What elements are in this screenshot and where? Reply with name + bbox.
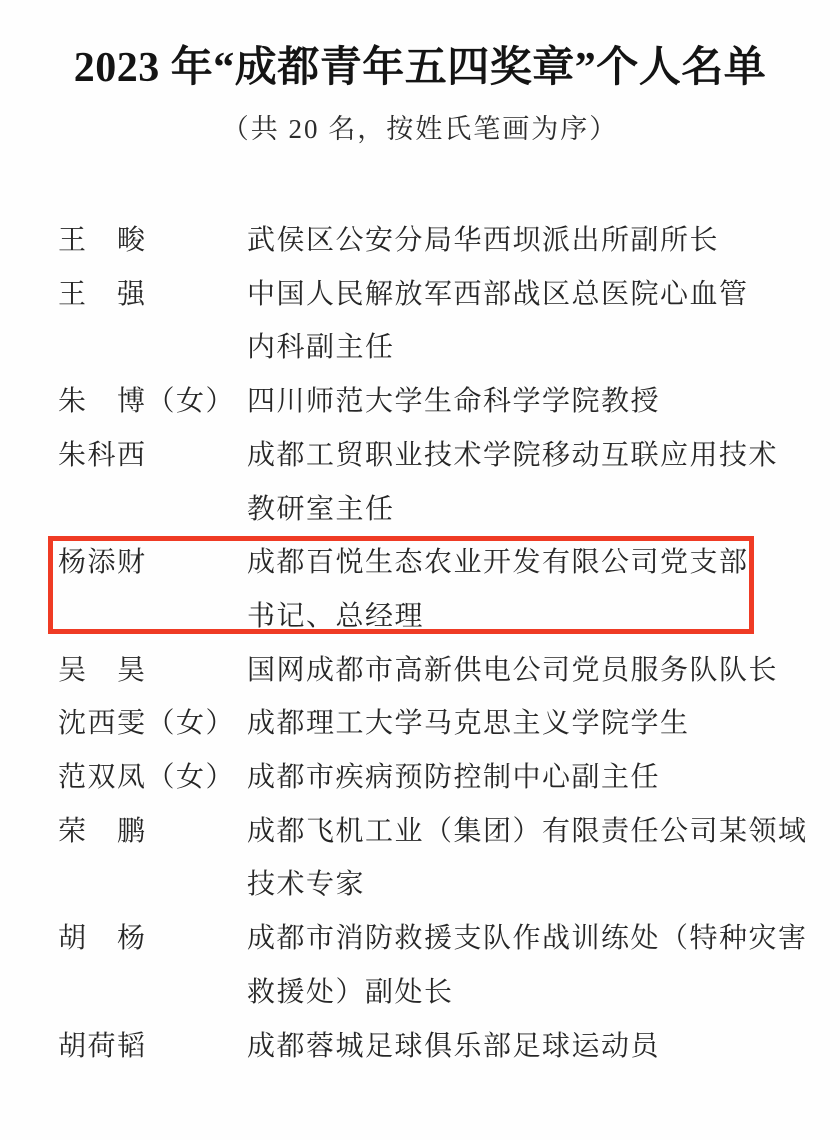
person-name: 王 强 [58,268,247,322]
person-name: 范双凤（女） [58,751,247,805]
person-name: 朱 博（女） [58,375,247,429]
list-item: 朱科西 成都工贸职业技术学院移动互联应用技术教研室主任 [58,429,800,536]
person-position: 成都蓉城足球俱乐部足球运动员 [247,1020,800,1074]
person-position-line: 四川师范大学生命科学学院教授 [247,375,800,429]
person-position: 成都百悦生态农业开发有限公司党支部书记、总经理 [247,536,800,643]
person-position-line: 成都百悦生态农业开发有限公司党支部 [247,536,800,590]
list-item: 荣 鹏 成都飞机工业（集团）有限责任公司某领域技术专家 [58,805,800,912]
person-position-line: 武侯区公安分局华西坝派出所副所长 [247,214,800,268]
list-item: 胡荷韬 成都蓉城足球俱乐部足球运动员 [58,1020,800,1074]
person-position: 武侯区公安分局华西坝派出所副所长 [247,214,800,268]
person-position: 成都飞机工业（集团）有限责任公司某领域技术专家 [247,805,800,912]
list-item: 朱 博（女） 四川师范大学生命科学学院教授 [58,375,800,429]
person-position-line: 成都市疾病预防控制中心副主任 [247,751,800,805]
person-position-line: 教研室主任 [247,483,800,537]
person-position: 成都市疾病预防控制中心副主任 [247,751,800,805]
person-position-line: 救援处）副处长 [247,966,800,1020]
person-position-line: 成都飞机工业（集团）有限责任公司某领域 [247,805,800,859]
person-position-line: 技术专家 [247,858,800,912]
list-item: 吴 昊 国网成都市高新供电公司党员服务队队长 [58,644,800,698]
person-position-line: 中国人民解放军西部战区总医院心血管 [247,268,800,322]
document-page: 2023 年“成都青年五四奖章”个人名单 （共 20 名，按姓氏笔画为序） 王 … [0,0,840,1140]
person-name: 王 畯 [58,214,247,268]
person-name: 杨添财 [58,536,247,590]
person-position-line: 成都工贸职业技术学院移动互联应用技术 [247,429,800,483]
person-position-line: 内科副主任 [247,321,800,375]
list-item: 王 畯 武侯区公安分局华西坝派出所副所长 [58,214,800,268]
person-name: 胡 杨 [58,912,247,966]
list-item: 范双凤（女） 成都市疾病预防控制中心副主任 [58,751,800,805]
person-position: 成都理工大学马克思主义学院学生 [247,697,800,751]
person-position-line: 成都蓉城足球俱乐部足球运动员 [247,1020,800,1074]
list-item: 杨添财 成都百悦生态农业开发有限公司党支部书记、总经理 [58,536,800,643]
award-list: 王 畯 武侯区公安分局华西坝派出所副所长 王 强 中国人民解放军西部战区总医院心… [58,214,800,1073]
person-position: 成都工贸职业技术学院移动互联应用技术教研室主任 [247,429,800,536]
document-title: 2023 年“成都青年五四奖章”个人名单 [0,0,840,94]
person-name: 胡荷韬 [58,1020,247,1074]
person-position: 成都市消防救援支队作战训练处（特种灾害救援处）副处长 [247,912,800,1019]
person-name: 朱科西 [58,429,247,483]
person-position-line: 成都理工大学马克思主义学院学生 [247,697,800,751]
person-position-line: 书记、总经理 [247,590,800,644]
person-position: 四川师范大学生命科学学院教授 [247,375,800,429]
person-position-line: 国网成都市高新供电公司党员服务队队长 [247,644,800,698]
list-item: 王 强 中国人民解放军西部战区总医院心血管内科副主任 [58,268,800,375]
document-subtitle: （共 20 名，按姓氏笔画为序） [0,112,840,146]
person-position: 中国人民解放军西部战区总医院心血管内科副主任 [247,268,800,375]
person-position-line: 成都市消防救援支队作战训练处（特种灾害 [247,912,800,966]
person-name: 吴 昊 [58,644,247,698]
person-name: 沈西雯（女） [58,697,247,751]
list-item: 胡 杨 成都市消防救援支队作战训练处（特种灾害救援处）副处长 [58,912,800,1019]
list-item: 沈西雯（女） 成都理工大学马克思主义学院学生 [58,697,800,751]
person-name: 荣 鹏 [58,805,247,859]
person-position: 国网成都市高新供电公司党员服务队队长 [247,644,800,698]
